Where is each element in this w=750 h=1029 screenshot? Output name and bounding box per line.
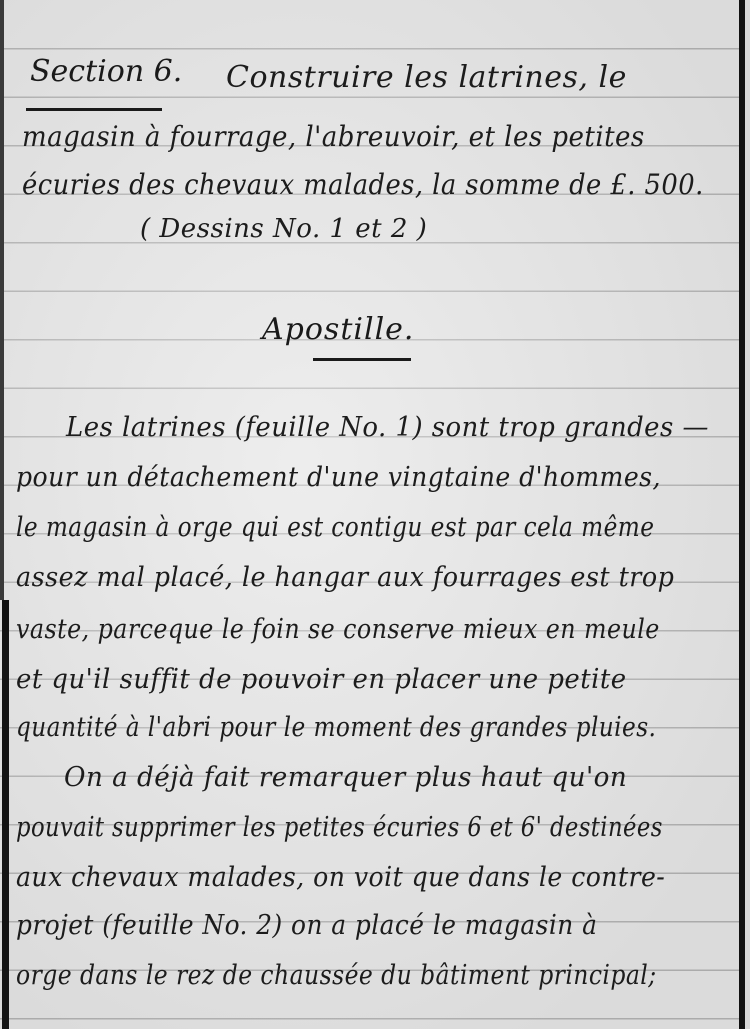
page-left-border	[2, 600, 9, 1029]
page-left-edge	[0, 0, 4, 600]
paragraph-2-line-3: aux chevaux malades, on voit que dans le…	[16, 862, 665, 893]
apostille-heading: Apostille.	[262, 312, 414, 347]
paragraph-1-line-2: pour un détachement d'une vingtaine d'ho…	[16, 462, 661, 493]
paragraph-1-line-4: assez mal placé, le hangar aux fourrages…	[16, 562, 674, 593]
section-label: Section 6.	[30, 54, 182, 89]
paragraph-1-line-3: le magasin à orge qui est contigu est pa…	[16, 512, 654, 543]
paragraph-2-line-5: orge dans le rez de chaussée du bâtiment…	[16, 960, 657, 991]
section-title-line-3: écuries des chevaux malades, la somme de…	[22, 168, 704, 201]
page-right-edge	[745, 0, 750, 1029]
section-underline	[26, 108, 162, 111]
paragraph-2-line-4: projet (feuille No. 2) on a placé le mag…	[16, 910, 597, 941]
section-title-line-2: magasin à fourrage, l'abreuvoir, et les …	[22, 120, 645, 153]
paragraph-2-line-2: pouvait supprimer les petites écuries 6 …	[16, 812, 663, 843]
paragraph-1-line-5: vaste, parceque le foin se conserve mieu…	[16, 614, 660, 645]
paragraph-2-line-1: On a déjà fait remarquer plus haut qu'on	[64, 762, 627, 793]
paragraph-1-line-6: et qu'il suffit de pouvoir en placer une…	[16, 664, 627, 695]
paragraph-1-line-7: quantité à l'abri pour le moment des gra…	[16, 712, 656, 743]
paragraph-1-line-1: Les latrines (feuille No. 1) sont trop g…	[66, 412, 709, 443]
section-title-line-1: Construire les latrines, le	[226, 60, 627, 95]
drawing-reference: ( Dessins No. 1 et 2 )	[140, 214, 427, 244]
heading-underline	[313, 358, 411, 361]
manuscript-page: Section 6. Construire les latrines, le m…	[0, 0, 750, 1029]
